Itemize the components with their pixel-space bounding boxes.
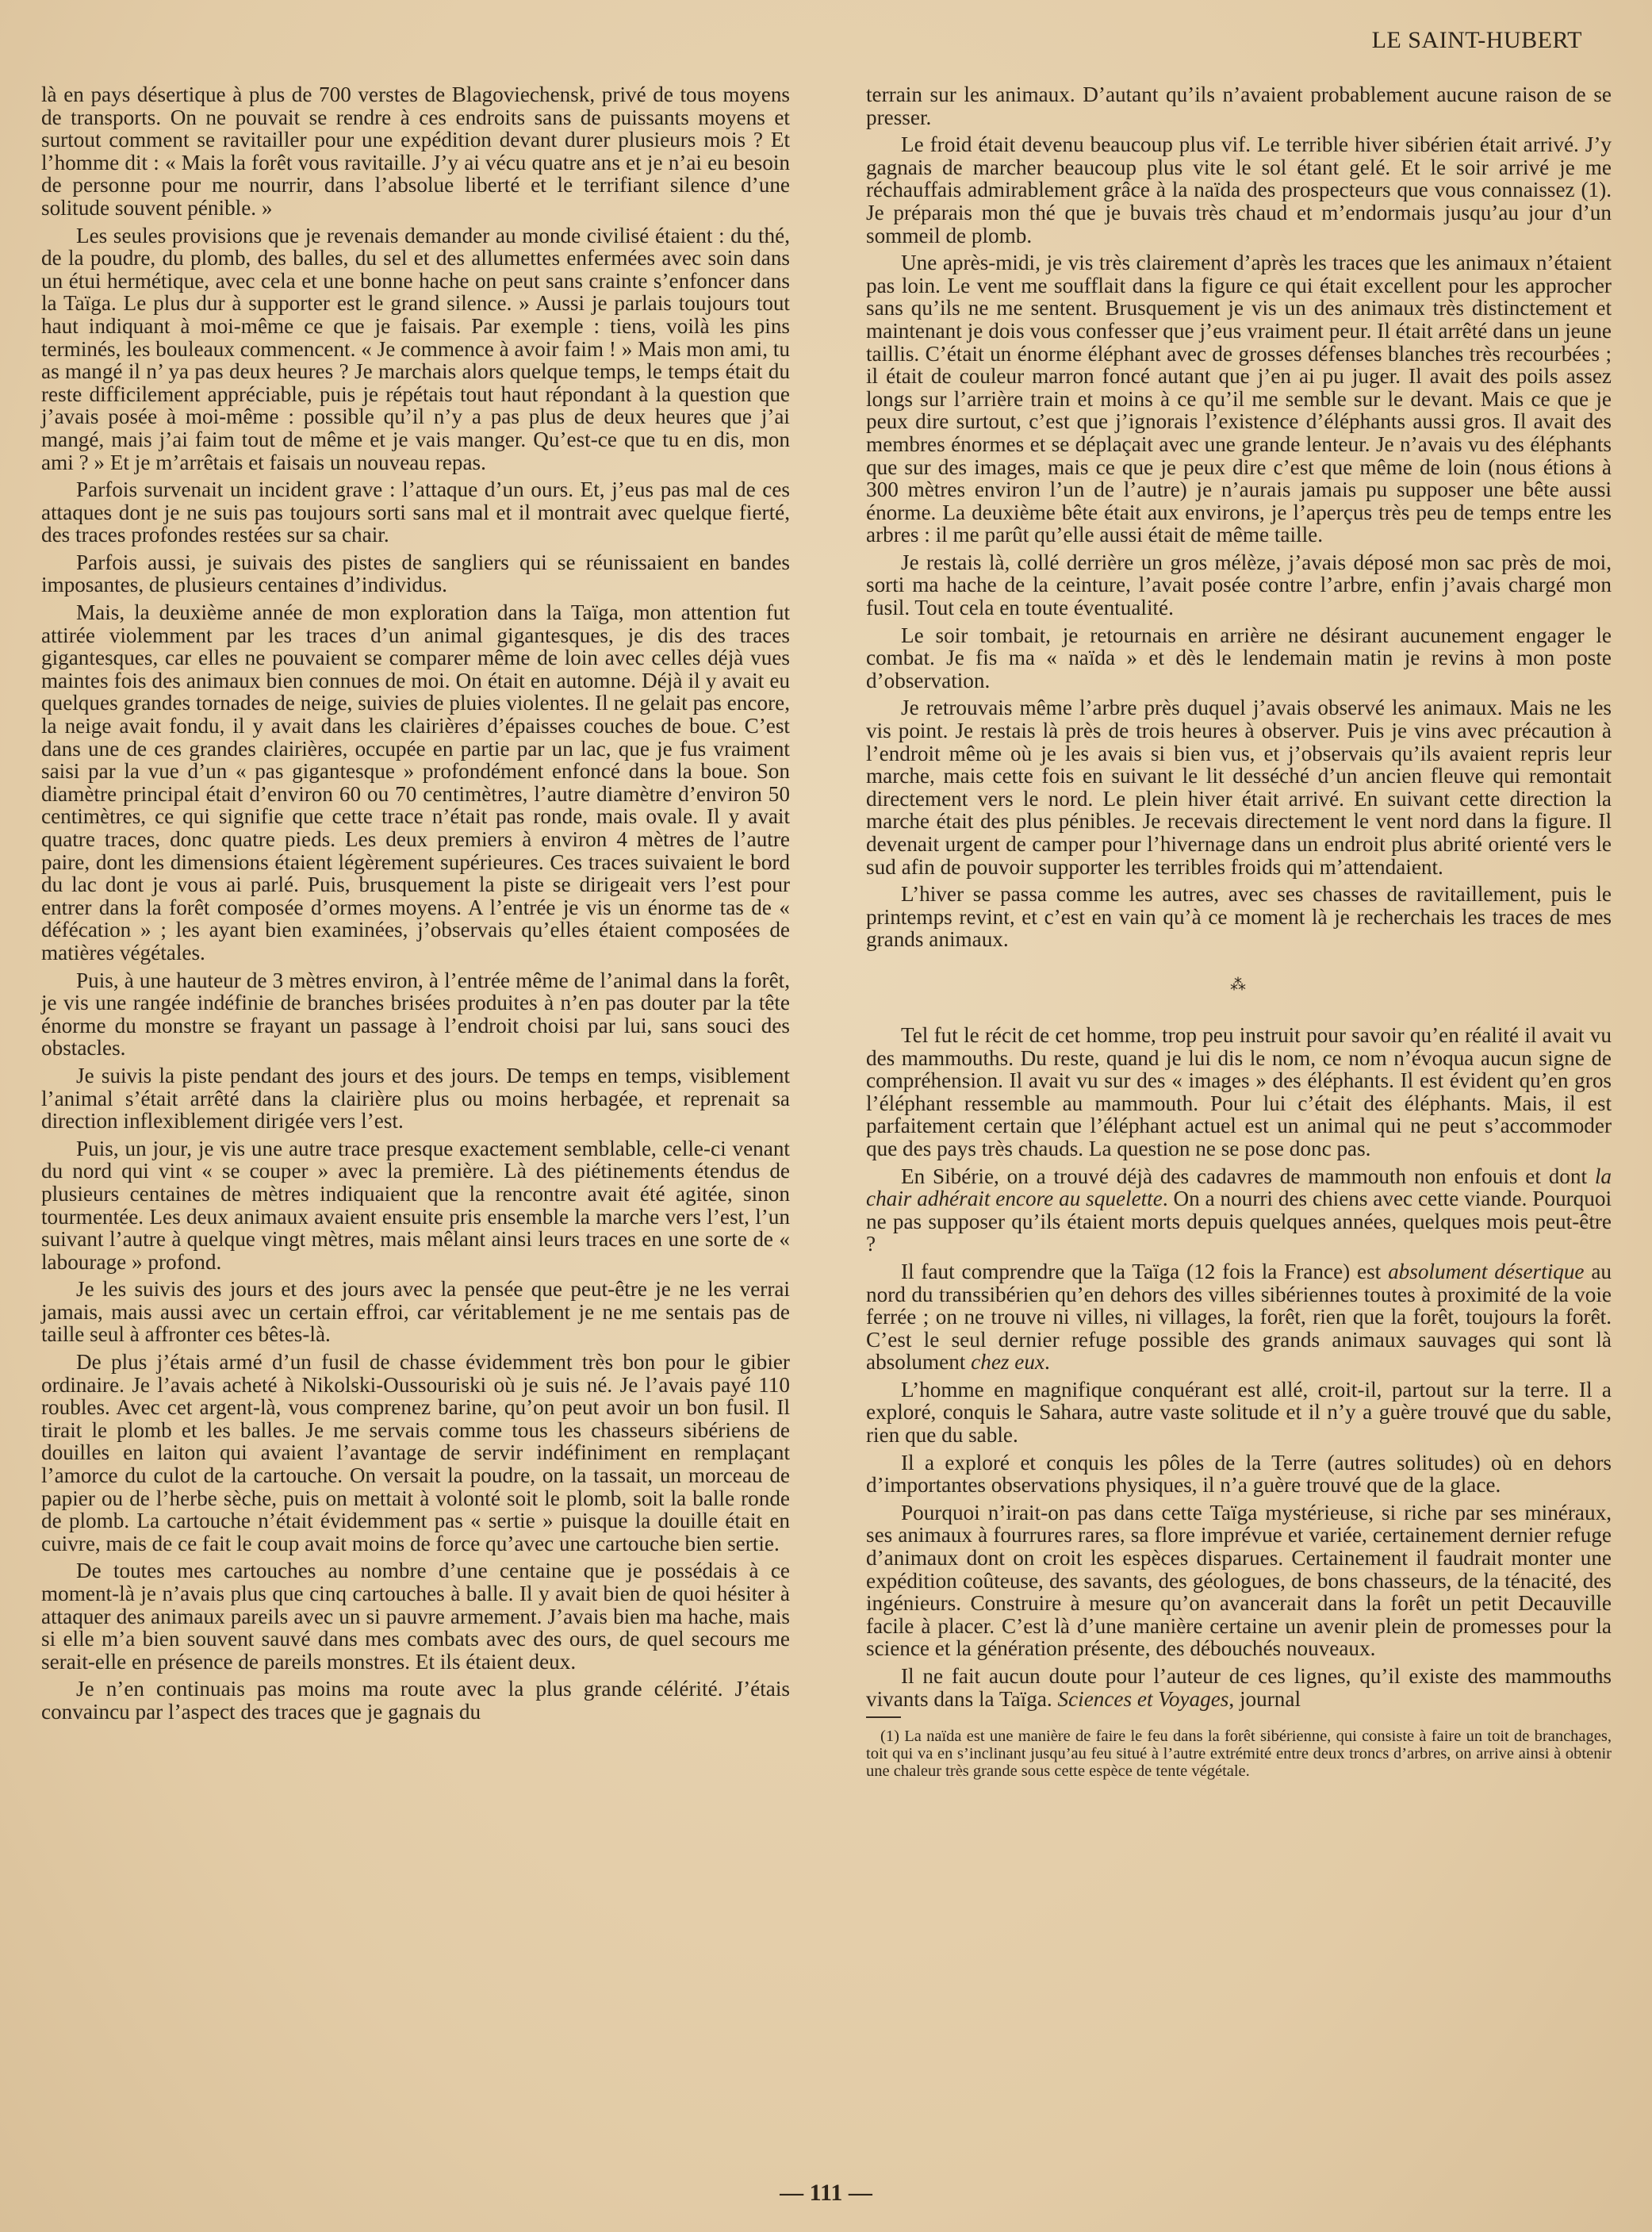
paragraph: Une après-midi, je vis très clairement d… [866,251,1612,546]
paragraph: Puis, à une hauteur de 3 mètres environ,… [41,969,790,1060]
footnote: (1) La naïda est une manière de faire le… [866,1728,1612,1780]
paragraph: L’homme en magnifique conquérant est all… [866,1379,1612,1447]
paragraph: Le soir tombait, je retournais en arrièr… [866,624,1612,692]
paragraph: Tel fut le récit de cet homme, trop peu … [866,1024,1612,1160]
paragraph: Je les suivis des jours et des jours ave… [41,1278,790,1346]
paragraph: là en pays désertique à plus de 700 vers… [41,83,790,220]
paragraph: L’hiver se passa comme les autres, avec … [866,883,1612,951]
paragraph: Puis, un jour, je vis une autre trace pr… [41,1137,790,1274]
paragraph: Je n’en continuais pas moins ma route av… [41,1678,790,1723]
italic-journal-title: Sciences et Voyages [1057,1687,1228,1711]
paragraph: Pourquoi n’irait-on pas dans cette Taïga… [866,1501,1612,1660]
italic-phrase: chez eux [971,1350,1044,1374]
paragraph: Parfois aussi, je suivais des pistes de … [41,551,790,596]
italic-phrase: absolument désertique [1388,1260,1584,1283]
paragraph: De plus j’étais armé d’un fusil de chass… [41,1351,790,1555]
paragraph: De toutes mes cartouches au nombre d’une… [41,1559,790,1673]
paragraph: Il a exploré et conquis les pôles de la … [866,1452,1612,1497]
right-column: terrain sur les animaux. D’autant qu’ils… [866,83,1612,1780]
paragraph: Parfois survenait un incident grave : l’… [41,478,790,546]
page-number: — 111 — [0,2180,1652,2207]
section-break-asterism: ⁂ [866,978,1612,992]
paragraph: Il faut comprendre que la Taïga (12 fois… [866,1260,1612,1374]
paragraph: Je suivis la piste pendant des jours et … [41,1064,790,1133]
paragraph: Je retrouvais même l’arbre près duquel j… [866,696,1612,878]
paragraph: Le froid était devenu beaucoup plus vif.… [866,133,1612,247]
paragraph: En Sibérie, on a trouvé déjà des cadavre… [866,1165,1612,1256]
running-header: LE SAINT-HUBERT [1372,27,1582,54]
paragraph: Mais, la deuxième année de mon explorati… [41,601,790,965]
paragraph: terrain sur les animaux. D’autant qu’ils… [866,83,1612,128]
paragraph: Il ne fait aucun doute pour l’auteur de … [866,1665,1612,1710]
paragraph: Les seules provisions que je revenais de… [41,224,790,474]
paragraph: Je restais là, collé derrière un gros mé… [866,551,1612,619]
left-column: là en pays désertique à plus de 700 vers… [41,83,790,1728]
footnote-rule [866,1716,901,1718]
